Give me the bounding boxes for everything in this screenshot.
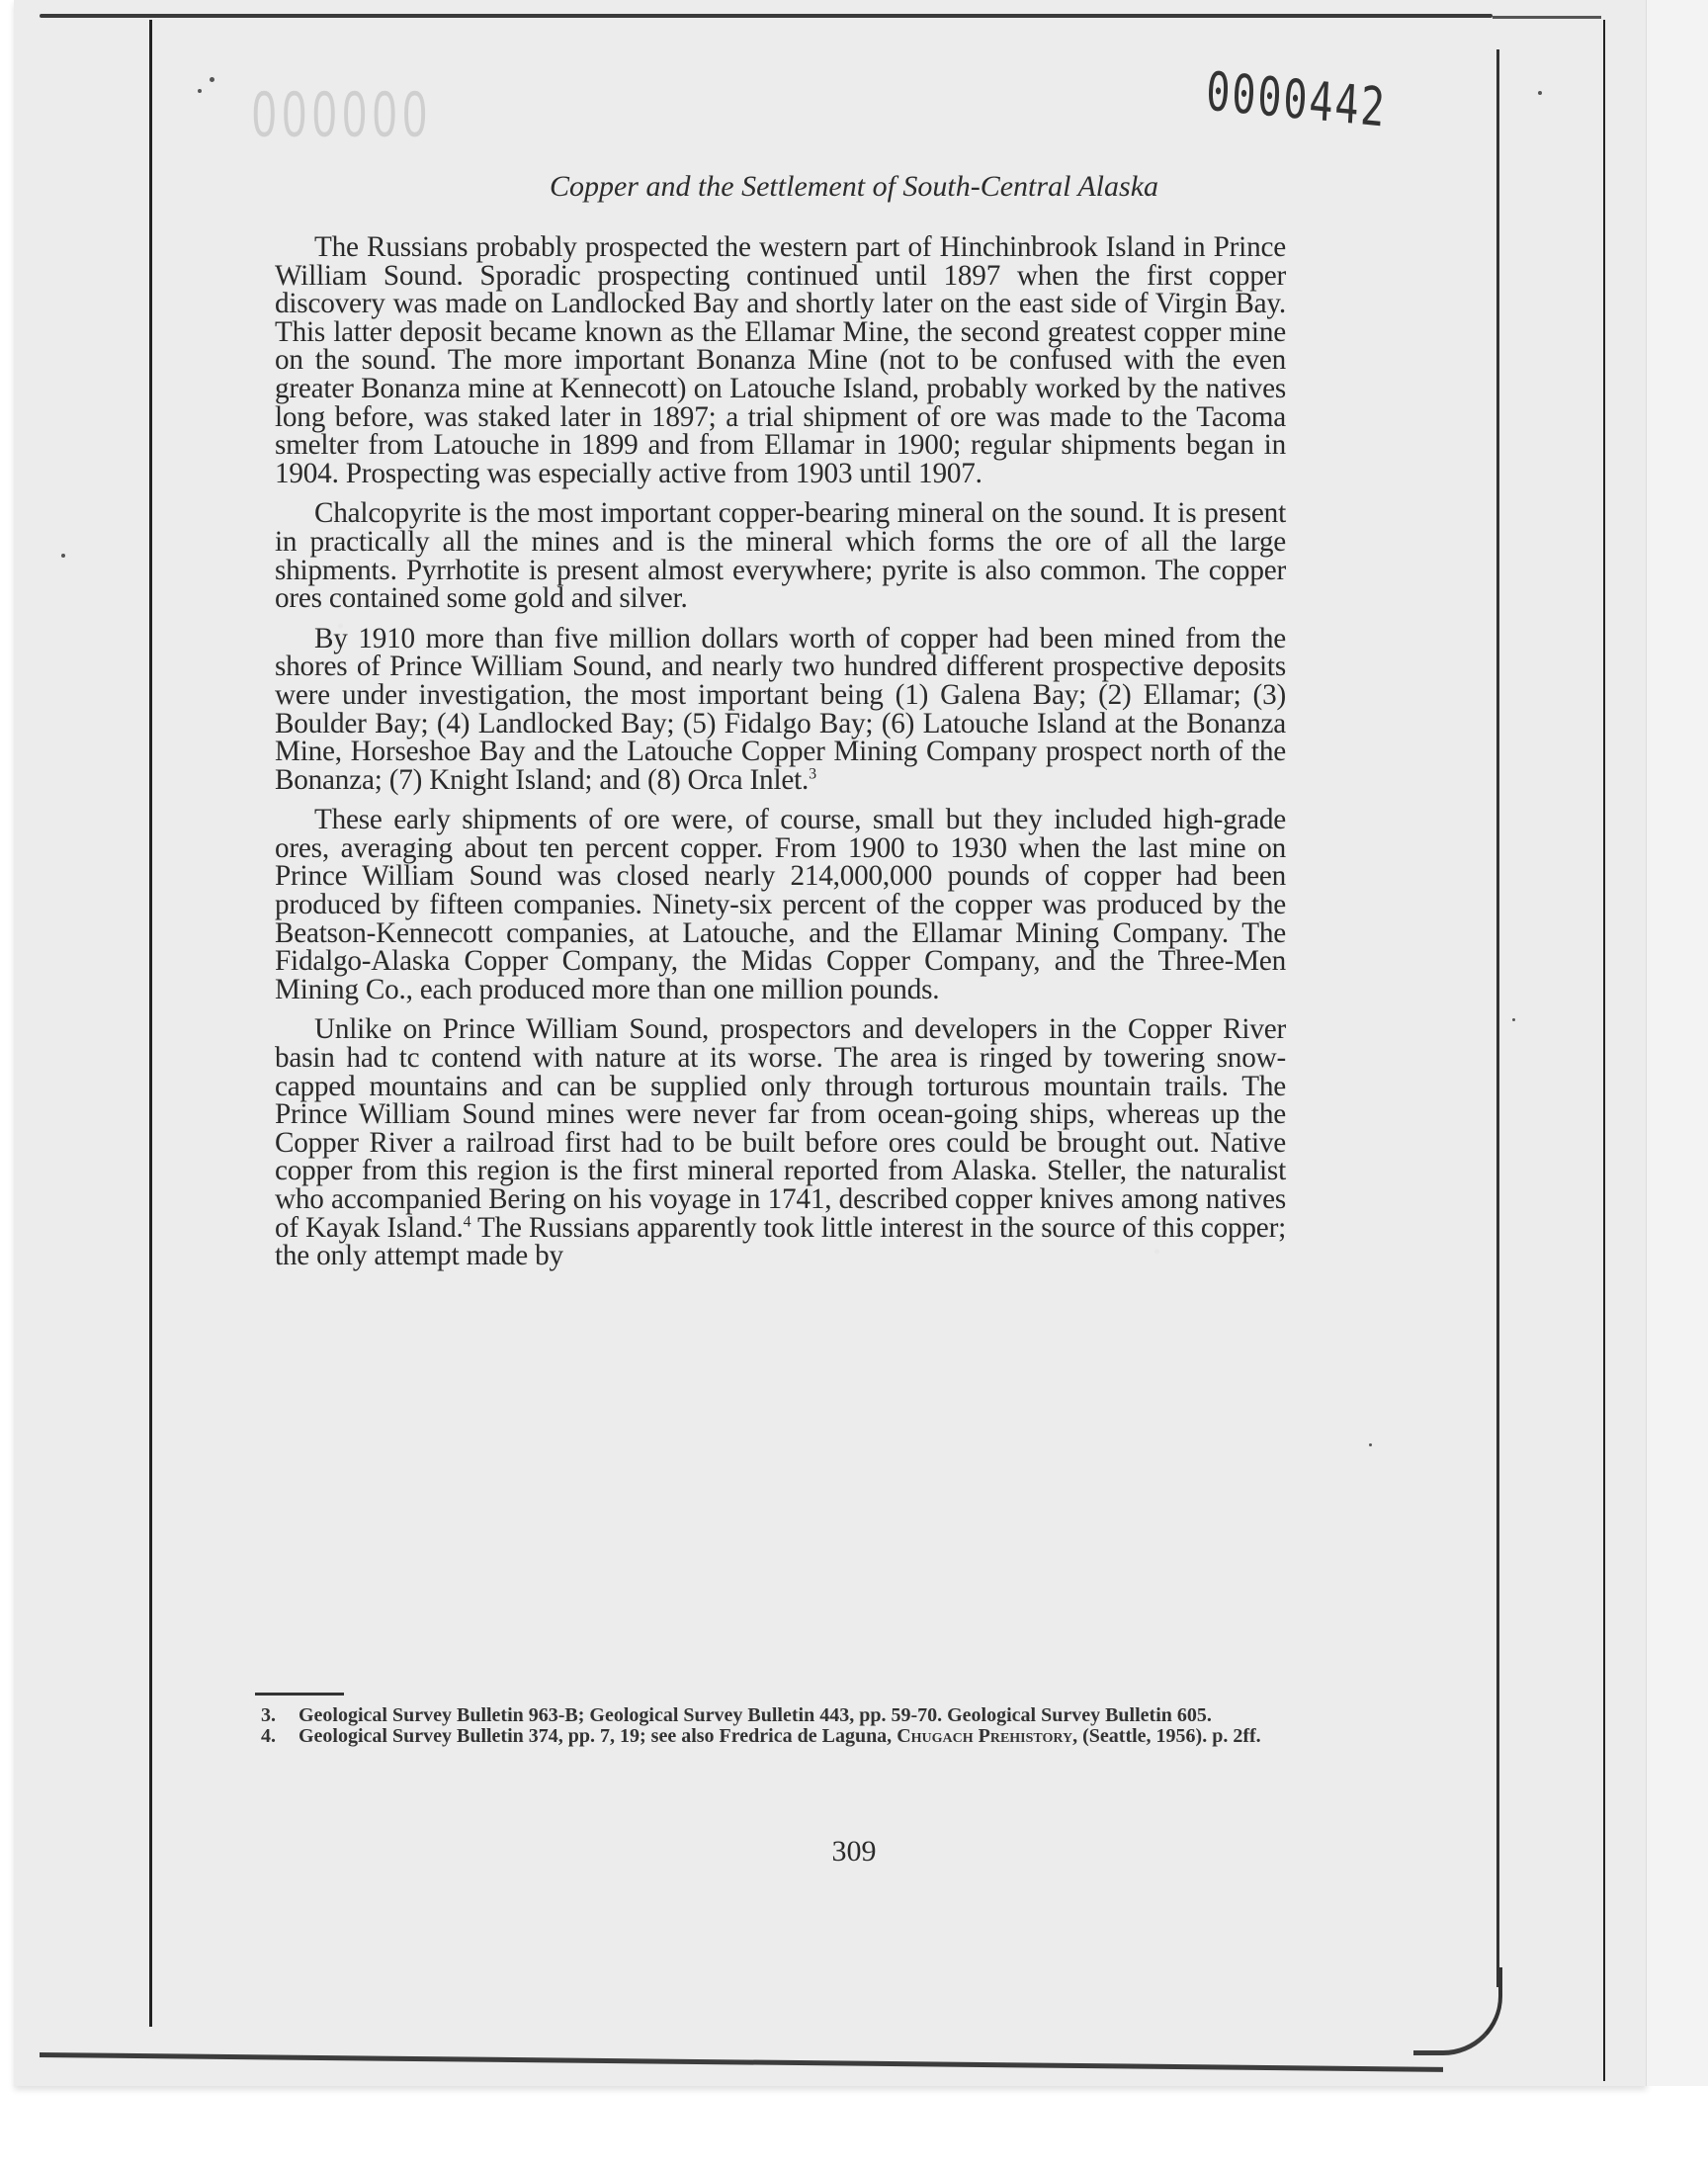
page-frame-top-right-line <box>1493 16 1601 19</box>
scan-speck <box>198 89 202 93</box>
body-text: The Russians probably prospected the wes… <box>275 233 1286 1282</box>
faint-bleedthrough-stamp: 000000 <box>252 79 433 153</box>
footnote-number: 4. <box>261 1727 299 1746</box>
footnote-separator-rule <box>255 1693 344 1696</box>
scan-speck <box>210 77 214 82</box>
scan-speck <box>1369 1443 1372 1446</box>
page-frame-right-inner-line <box>1496 49 1499 1987</box>
footnote-ref-3: 3 <box>809 765 816 782</box>
footnote-4: 4. Geological Survey Bulletin 374, pp. 7… <box>261 1727 1269 1746</box>
page-frame-left-line <box>149 20 152 2027</box>
footnotes: 3. Geological Survey Bulletin 963-B; Geo… <box>261 1706 1269 1748</box>
page-frame-right-outer-line <box>1603 20 1605 2081</box>
scan-speck <box>1512 1018 1515 1021</box>
scanner-edge-strip <box>1646 0 1708 2086</box>
paragraph-3-text: By 1910 more than five million dollars w… <box>275 623 1286 796</box>
footnote-text: Geological Survey Bulletin 374, pp. 7, 1… <box>299 1727 1269 1746</box>
scan-speck <box>61 554 65 558</box>
footnote-text-a: Geological Survey Bulletin 374, pp. 7, 1… <box>299 1725 897 1747</box>
paragraph-2: Chalcopyrite is the most important coppe… <box>275 499 1286 612</box>
page-frame-top-line <box>40 14 1493 18</box>
cited-book-title: Chugach Prehistory <box>897 1725 1072 1747</box>
paragraph-5: Unlike on Prince William Sound, prospect… <box>275 1015 1286 1269</box>
paragraph-4: These early shipments of ore were, of co… <box>275 806 1286 1003</box>
page-number: 309 <box>0 1835 1708 1869</box>
scan-speck <box>1538 91 1542 95</box>
paragraph-1: The Russians probably prospected the wes… <box>275 233 1286 487</box>
paragraph-5-text-a: Unlike on Prince William Sound, prospect… <box>275 1013 1286 1243</box>
footnote-text-b: , (Seattle, 1956). p. 2ff. <box>1072 1725 1261 1747</box>
running-head: Copper and the Settlement of South-Centr… <box>0 170 1708 204</box>
footnote-3: 3. Geological Survey Bulletin 963-B; Geo… <box>261 1706 1269 1725</box>
footnote-number: 3. <box>261 1706 299 1725</box>
footnote-text: Geological Survey Bulletin 963-B; Geolog… <box>299 1706 1269 1725</box>
paragraph-3: By 1910 more than five million dollars w… <box>275 625 1286 795</box>
